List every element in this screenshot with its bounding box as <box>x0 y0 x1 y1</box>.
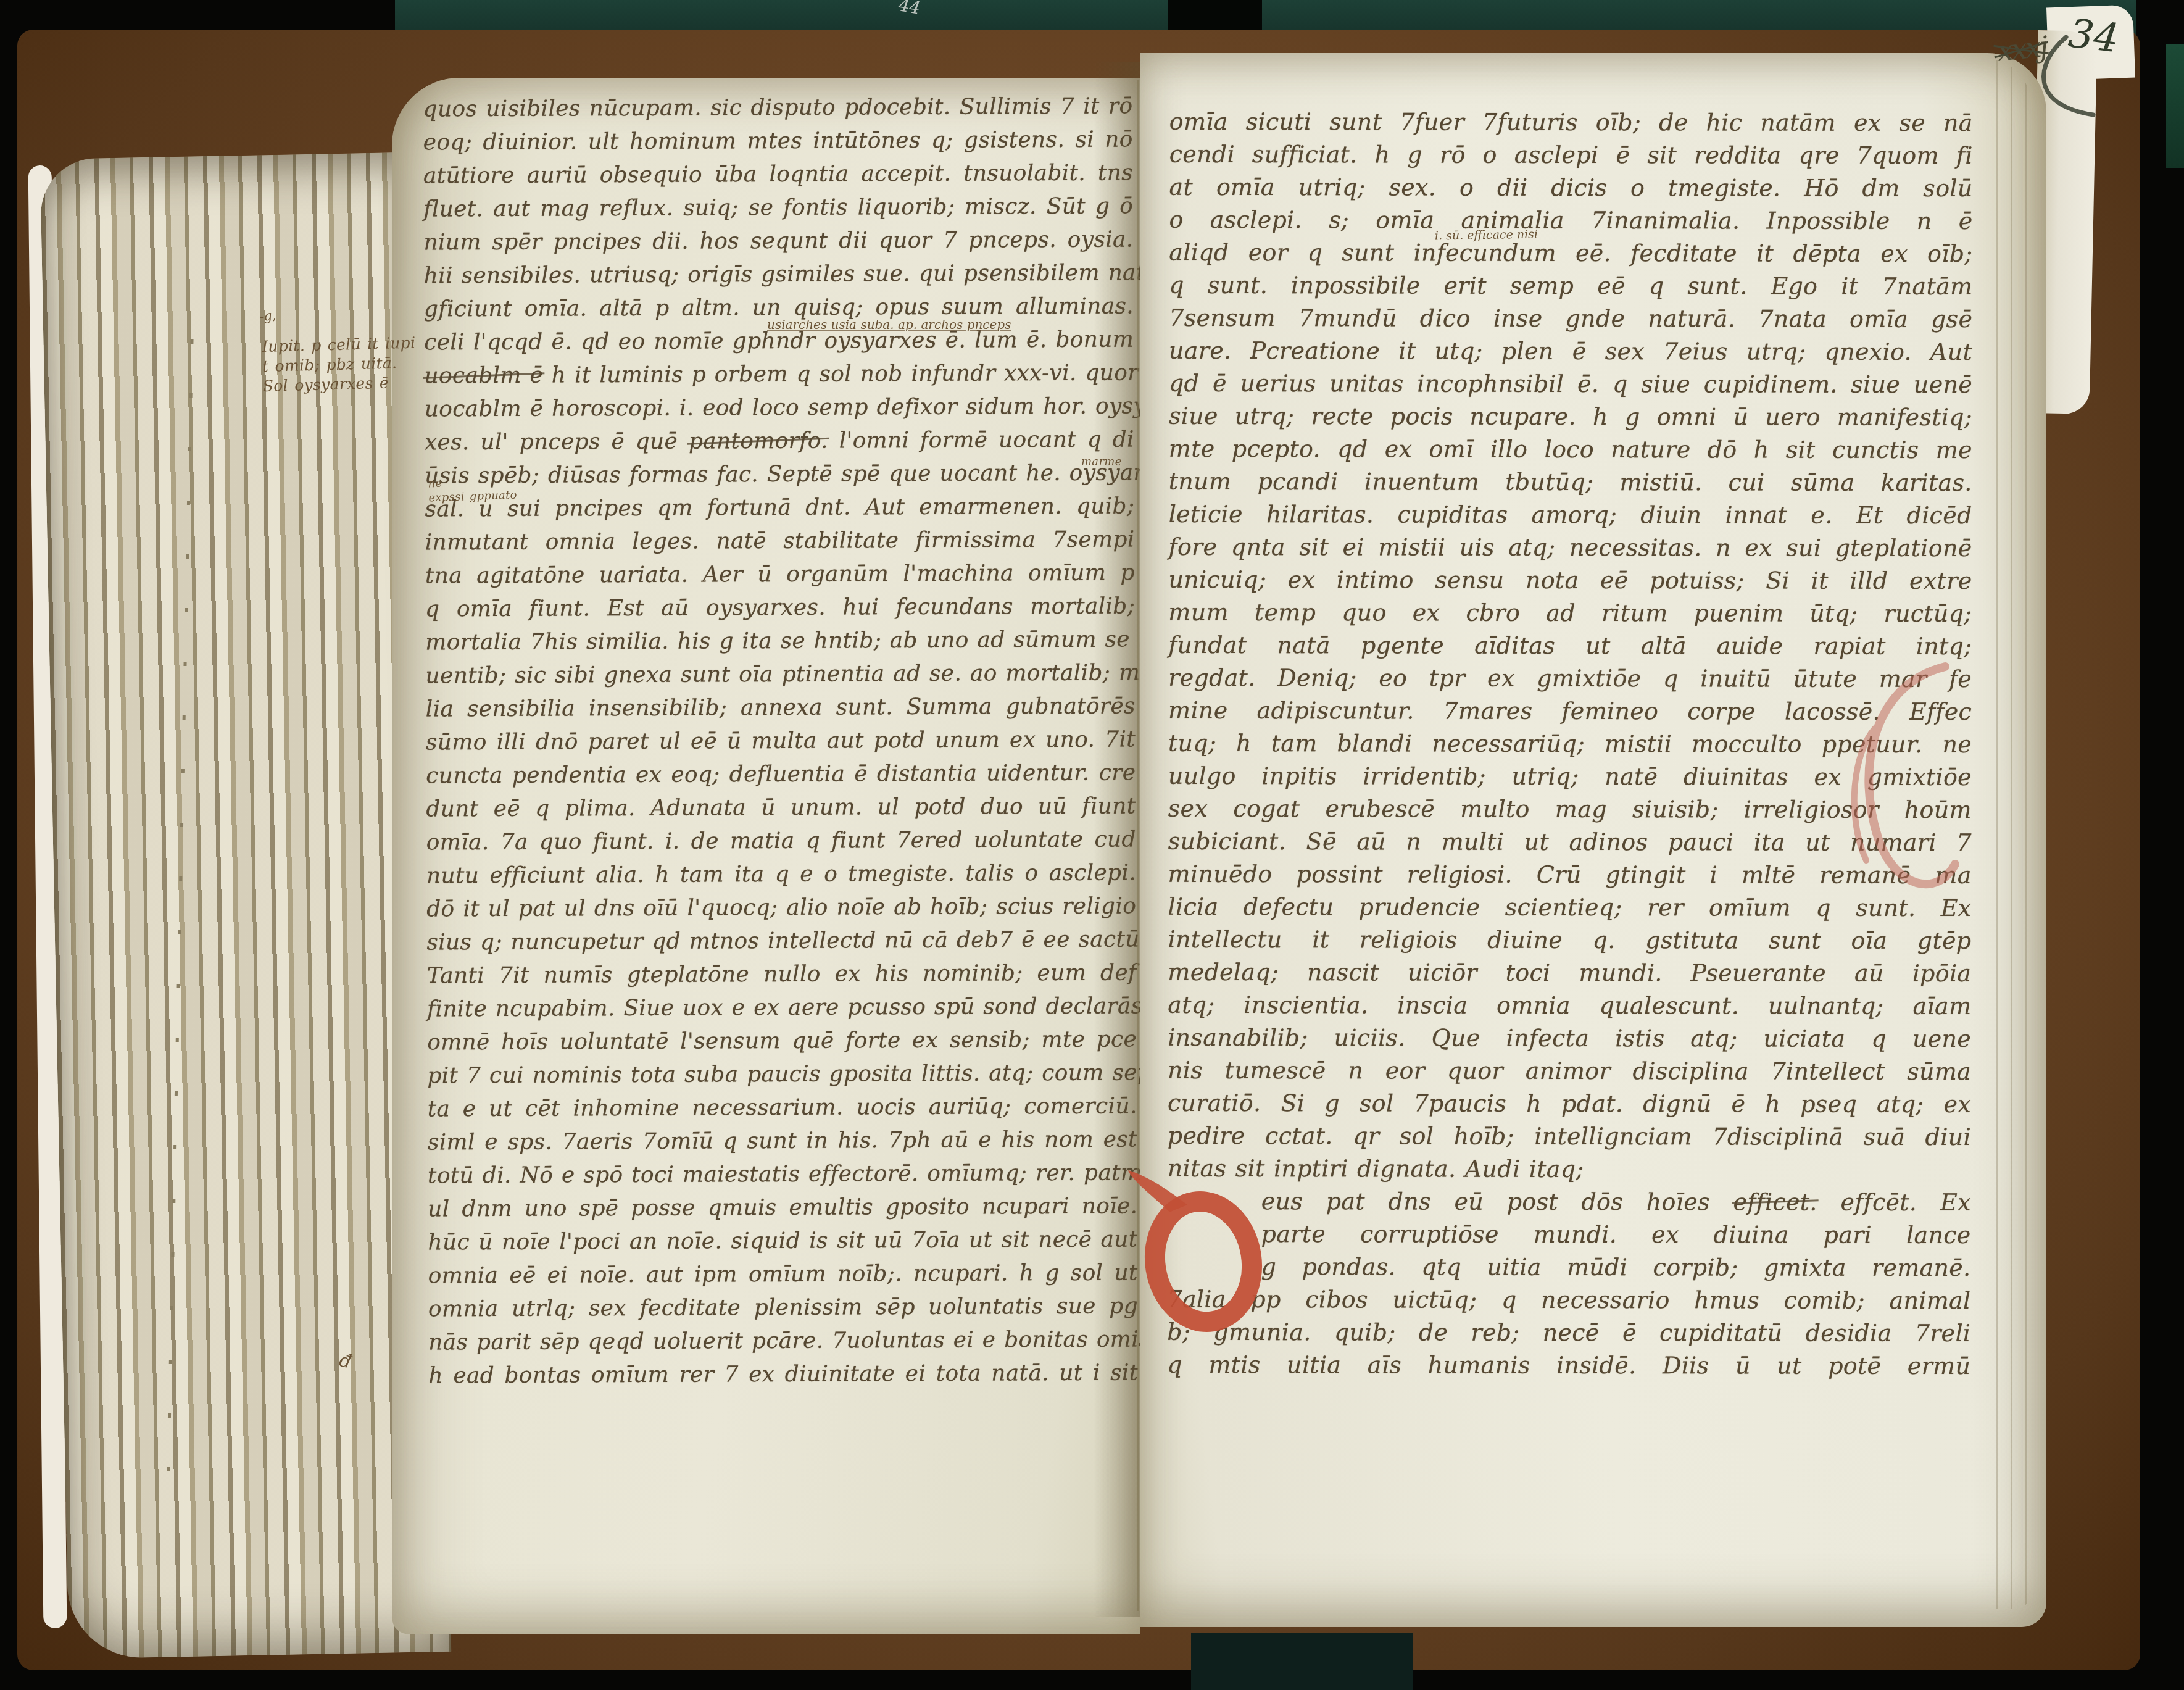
manuscript-text-line: medelaq; nascit uiciōr toci mundi. Pseue… <box>1168 956 1971 990</box>
manuscript-text-line: o asclepi. s; omīa animalia 7inanimalia.… <box>1169 204 1972 238</box>
manuscript-text-line: q sunt. inpossibile erit semp eē q sunt.… <box>1169 269 1972 303</box>
manuscript-text-line: nium spēr pncipes dii. hos sequnt dii qu… <box>423 223 1133 259</box>
manuscript-text-line: 7sensum 7mundū dico inse gnde naturā. 7n… <box>1169 302 1972 336</box>
manuscript-text-line: nis tumescē n eor quor animor disciplina… <box>1168 1054 1971 1088</box>
manuscript-text-line: nās parit sēp qeqd uoluerit pcāre. 7uolu… <box>428 1323 1138 1359</box>
interlinear-gloss-expressi: neexpssi gppuato <box>428 474 517 506</box>
manuscript-text-line: cuncta pendentia ex eoq; defluentia ē di… <box>426 756 1136 793</box>
manuscript-text-line: omīa. 7a quo fiunt. i. de matia q fiunt … <box>426 823 1136 859</box>
manuscript-text-line: uocablm ē h it luminis p orbem q sol nob… <box>424 356 1134 393</box>
manuscript-photo: 44 -g, Iupit. p celū it iupit omib; pbz … <box>0 0 2184 1690</box>
manuscript-text-line: Tanti 7it numīs gteplatōne nullo ex his … <box>427 956 1137 993</box>
page-number: 34 <box>2066 10 2122 62</box>
manuscript-text-line: inmutant omnia leges. natē stabilitate f… <box>425 523 1134 559</box>
manuscript-text-line: omnia utrlq; sex fecditate plenissim sēp… <box>428 1289 1138 1326</box>
manuscript-text-line: mte pcepto. qd ex omī illo loco nature d… <box>1169 433 1972 467</box>
manuscript-text-line: lia sensibilia insensibilib; annexa sunt… <box>426 689 1136 726</box>
manuscript-text-line: sal. u sui pncipes qm fortunā dnt. Aut e… <box>425 489 1134 526</box>
manuscript-text-line: h ead bontas omīum rer 7 ex diuinitate e… <box>428 1356 1138 1392</box>
manuscript-text-line: cendi sufficiat. h g rō o asclepi ē sit … <box>1169 138 1973 172</box>
manuscript-text-line: unicuiq; ex intimo sensu nota eē potuiss… <box>1168 564 1972 597</box>
manuscript-text-line: sūmo illi dnō paret ul eē ū multa aut po… <box>426 723 1136 759</box>
manuscript-text-line: omīa sicuti sunt 7fuer 7futuris oīb; de … <box>1169 106 1973 139</box>
manuscript-text-line: pedire cctat. qr sol hoīb; intellignciam… <box>1168 1120 1971 1154</box>
manuscript-text-line: omnia eē ei noīe. aut ipm omīum noīb;. n… <box>428 1256 1138 1292</box>
rubric-initial-D <box>1127 1164 1263 1337</box>
gutter-crease <box>1137 80 1139 1611</box>
manuscript-text-line: nutu efficiunt alia. h tam ita q e o tme… <box>426 856 1136 893</box>
manuscript-text-line: curatiō. Si g sol 7paucis h pdat. dignū … <box>1168 1087 1971 1121</box>
manuscript-text-line: xes. ul' pnceps ē quē pantomorfo. l'omni… <box>425 423 1134 459</box>
manuscript-text-line: eus pat dns eū post dōs hoīes efficet. e… <box>1261 1185 1971 1219</box>
left-page-text: quos uisibiles nūcupam. sic disputo pdoc… <box>423 90 1138 1393</box>
struck-text: efficet. <box>1733 1188 1817 1215</box>
manuscript-text-line: uare. Pcreatione it utq; plen ē sex 7eiu… <box>1169 335 1972 368</box>
manuscript-text-line: mum temp quo ex cbro ad ritum puenim ūtq… <box>1168 596 1972 630</box>
manuscript-text-line: ta e ut cēt inhomine necessarium. uocis … <box>427 1089 1137 1126</box>
spine-shadow-bottom <box>1191 1633 1413 1690</box>
struck-text: uocablm ē <box>424 363 543 389</box>
manuscript-text-line: totū di. Nō e spō toci maiestatis effect… <box>428 1156 1137 1193</box>
manuscript-text-line: siml e sps. 7aeris 7omīū q sunt in his. … <box>428 1123 1137 1159</box>
manuscript-text-line: at omīa utriq; sex. o dii dicis o tmegis… <box>1169 171 1973 205</box>
margin-note-mark: -g, <box>258 307 276 325</box>
manuscript-text-line: ūsis spēb; diūsas formas fac. Septē spē … <box>425 456 1134 493</box>
manuscript-text-line: dō it ul pat ul dns oīū l'quocq; alio no… <box>426 889 1136 926</box>
manuscript-text-line: aliqd eor q sunt infecundum eē. fecditat… <box>1169 236 1972 270</box>
manuscript-text-line: dunt eē q plima. Adunata ū unum. ul potd… <box>426 789 1136 826</box>
manuscript-text-line: pit 7 cui nominis tota suba paucis gposi… <box>427 1056 1137 1093</box>
manuscript-text-line: fluet. aut mag reflux. suiq; se fontis l… <box>423 189 1133 226</box>
manuscript-text-line: ul dnm uno spē posse qmuis emultis gposi… <box>428 1189 1137 1226</box>
manuscript-text-line: hii sensibiles. utriusq; origīs gsimiles… <box>424 256 1134 293</box>
manuscript-text-line: siue utrq; recte pocis ncupare. h g omni… <box>1169 400 1972 434</box>
manuscript-text-line: quos uisibiles nūcupam. sic disputo pdoc… <box>423 90 1132 127</box>
manuscript-text-line: tnum pcandi inuentum tbutūq; mistiū. cui… <box>1169 465 1972 499</box>
manuscript-text-line: fore qnta sit ei mistii uis atq; necessi… <box>1169 531 1972 565</box>
manuscript-text-line: uentib; sic sibi gnexa sunt oīa ptinenti… <box>425 656 1135 693</box>
manuscript-text-line: finite ncupabim. Siue uox e ex aere pcus… <box>427 989 1137 1026</box>
manuscript-text-line: sius q; nuncupetur qd mtnos intellectd n… <box>426 923 1136 959</box>
manuscript-text-line: uocablm ē horoscopi. i. eod loco semp de… <box>425 389 1134 426</box>
manuscript-text-line: mortalia 7his similia. his g ita se hnti… <box>425 623 1135 659</box>
manuscript-text-line: eoq; diuinior. ult hominum mtes intūtōne… <box>423 123 1133 160</box>
manuscript-text-line: 7alia pp cibos uictūq; q necessario hmus… <box>1167 1283 1970 1317</box>
manuscript-text-line: q omīa fiunt. Est aū oysyarxes. hui fecu… <box>425 589 1135 626</box>
interlinear-gloss-usiarches: usiarches usia suba. ap. archos pnceps <box>767 317 1011 332</box>
manuscript-text-line: q mtis uitia aīs humanis insidē. Diis ū … <box>1167 1349 1970 1383</box>
manuscript-text-line: atūtiore auriū obsequio ūba loqntia acce… <box>423 157 1133 193</box>
struck-text: pantomorfo. <box>689 428 828 454</box>
manuscript-text-line: b; gmunia. quib; de reb; necē ē cupidita… <box>1167 1316 1970 1350</box>
manuscript-text-line: g pondas. qtq uitia mūdi corpib; gmixta … <box>1261 1251 1970 1284</box>
manuscript-text-line: atq; inscientia. inscia omnia qualescunt… <box>1168 989 1971 1023</box>
manuscript-text-line: nitas sit inptiri dignata. Audi itaq; <box>1168 1152 1971 1186</box>
cover-board-edge <box>2166 44 2184 168</box>
manuscript-text-line: tna agitatōne uariata. Aer ū organūm l'm… <box>425 556 1135 593</box>
margin-rubric-squiggle <box>1839 656 1962 946</box>
manuscript-text-line: leticie hilaritas. cupiditas amorq; diui… <box>1169 498 1972 532</box>
manuscript-text-line: qd ē uerius unitas incophnsibil ē. q siu… <box>1169 367 1972 401</box>
manuscript-text-line: omnē hoīs uoluntatē l'sensum quē forte e… <box>427 1023 1137 1059</box>
manuscript-text-line: parte corruptiōse mundi. ex diuina pari … <box>1261 1218 1971 1252</box>
manuscript-text-line: insanabilib; uiciis. Que infecta istis a… <box>1168 1022 1971 1055</box>
manuscript-text-line: hūc ū noīe l'poci an noīe. siquid is sit… <box>428 1223 1137 1259</box>
